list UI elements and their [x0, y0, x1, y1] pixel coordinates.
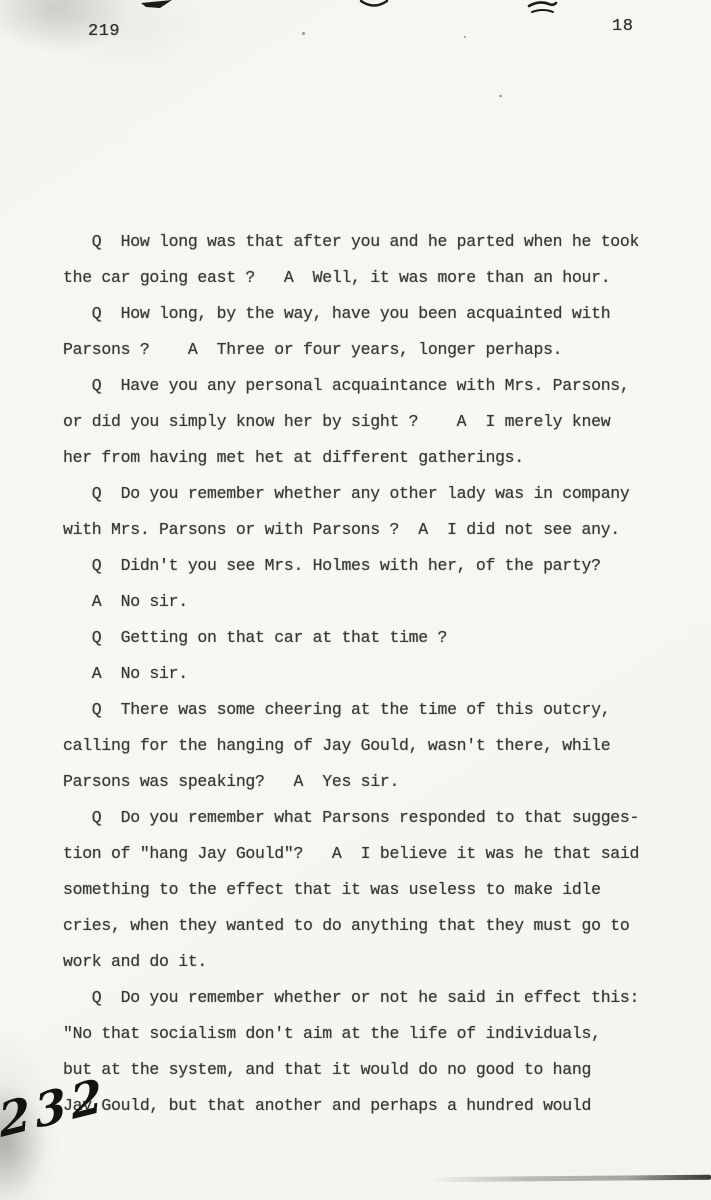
transcript-line: the car going east ? A Well, it was more… — [63, 260, 683, 296]
transcript-line: Jay Gould, but that another and perhaps … — [63, 1088, 683, 1124]
transcript-line: Parsons ? A Three or four years, longer … — [63, 332, 683, 368]
transcript-line: Q Do you remember whether any other lady… — [63, 476, 683, 512]
transcript-line: Q There was some cheering at the time of… — [63, 692, 683, 728]
scan-streak-bottom-right — [428, 1175, 711, 1182]
transcript-line: or did you simply know her by sight ? A … — [63, 404, 683, 440]
handwritten-page-number: 232 — [0, 1067, 110, 1148]
transcript-line: Parsons was speaking? A Yes sir. — [63, 764, 683, 800]
page-number-left: 219 — [88, 22, 120, 41]
transcript-line: A No sir. — [63, 656, 683, 692]
transcript-line: calling for the hanging of Jay Gould, wa… — [63, 728, 683, 764]
transcript-line: tion of "hang Jay Gould"? A I believe it… — [63, 836, 683, 872]
paper-speck — [302, 32, 305, 35]
transcript-line: A No sir. — [63, 584, 683, 620]
transcript-line: Q Getting on that car at that time ? — [63, 620, 683, 656]
transcript-line: Q How long, by the way, have you been ac… — [63, 296, 683, 332]
transcript-line: Q Didn't you see Mrs. Holmes with her, o… — [63, 548, 683, 584]
page-number-right: 18 — [612, 17, 633, 36]
paper-speck — [499, 95, 502, 97]
transcript-line: cries, when they wanted to do anything t… — [63, 908, 683, 944]
transcript-line: Q Do you remember what Parsons responded… — [63, 800, 683, 836]
ink-arc-icon — [361, 1, 387, 6]
transcript-line: her from having met het at different gat… — [63, 440, 683, 476]
ink-squiggle-icon — [529, 2, 556, 6]
transcript-line: but at the system, and that it would do … — [63, 1052, 683, 1088]
transcript-line: "No that socialism don't aim at the life… — [63, 1016, 683, 1052]
transcript: Q How long was that after you and he par… — [63, 224, 683, 1124]
transcript-line: Q Do you remember whether or not he said… — [63, 980, 683, 1016]
transcript-page: 219 18 Q How long was that after you and… — [0, 0, 711, 1200]
transcript-line: with Mrs. Parsons or with Parsons ? A I … — [63, 512, 683, 548]
transcript-line: something to the effect that it was usel… — [63, 872, 683, 908]
paper-speck — [464, 36, 466, 38]
ink-squiggle-icon — [532, 10, 553, 12]
transcript-line: Q How long was that after you and he par… — [63, 224, 683, 260]
transcript-line: work and do it. — [63, 944, 683, 980]
ink-blot-icon — [141, 0, 172, 8]
transcript-line: Q Have you any personal acquaintance wit… — [63, 368, 683, 404]
